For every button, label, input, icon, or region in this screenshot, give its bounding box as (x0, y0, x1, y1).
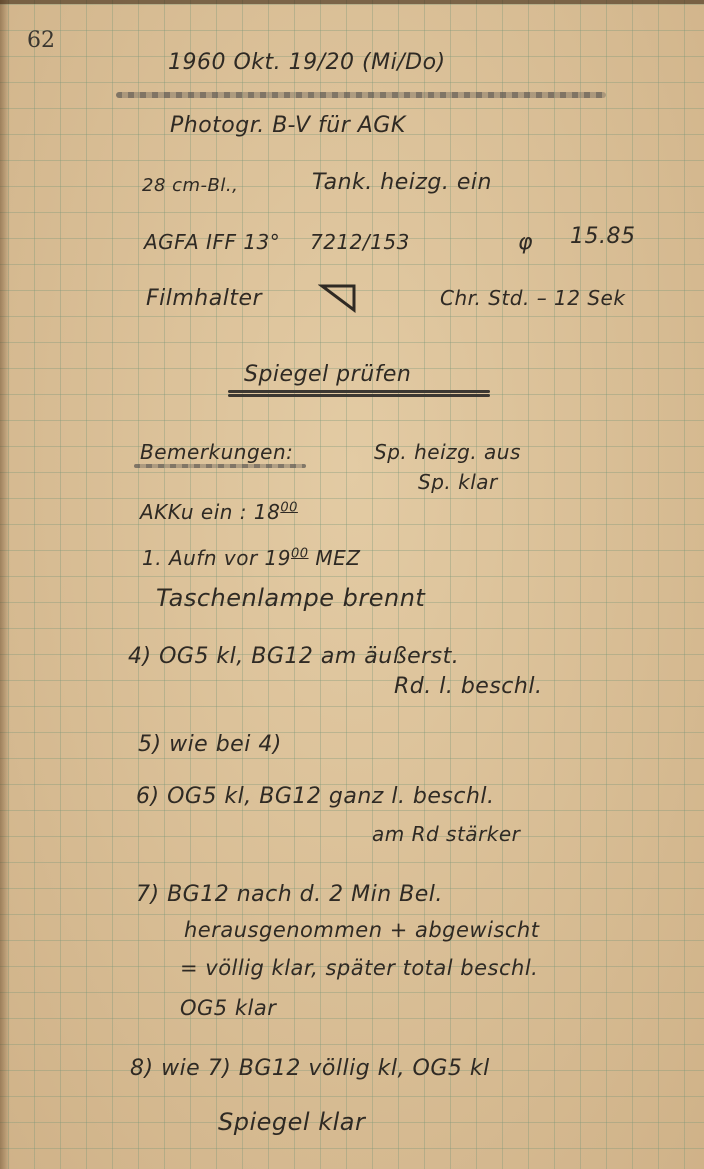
chronometer-note: Chr. Std. – 12 Sek (440, 286, 625, 310)
header-wavy-underline (116, 92, 606, 98)
page-number: 62 (27, 28, 55, 53)
filmholder-label: Filmhalter (146, 286, 262, 311)
entry-4-line2: Rd. l. beschl. (394, 674, 542, 699)
entry-6-line1: 6) OG5 kl, BG12 ganz l. beschl. (136, 784, 495, 809)
remark-mirror-clear: Sp. klar (418, 470, 498, 494)
notebook-page: 62 1960 Okt. 19/20 (Mi/Do) Photogr. B-V … (0, 0, 704, 1169)
tracking-note: Taschenlampe brennt (156, 584, 425, 612)
first-exposure: 1. Aufn vor 1900 MEZ (142, 546, 360, 570)
entry-4-line1: 4) OG5 kl, BG12 am äußerst. (128, 644, 459, 669)
entry-7-line3: = völlig klar, später total beschl. (180, 956, 538, 980)
entry-7-line1: 7) BG12 nach d. 2 Min Bel. (136, 882, 443, 907)
section-title: Spiegel prüfen (244, 362, 411, 387)
akku-on: AKKu ein : 1800 (140, 500, 298, 524)
phi-symbol: φ (518, 230, 533, 255)
entry-7-line2: herausgenommen + abgewischt (184, 918, 539, 942)
phi-value: 15.85 (570, 224, 635, 249)
subtitle: Photogr. B-V für AGK (170, 113, 406, 138)
section-title-double-underline (228, 390, 490, 393)
plate-number: 7212/153 (310, 230, 410, 254)
date-header: 1960 Okt. 19/20 (Mi/Do) (168, 50, 446, 75)
setup-line1-right: Tank. heizg. ein (312, 170, 492, 195)
film-type: AGFA IFF 13° (144, 230, 280, 254)
entry-5-line1: 5) wie bei 4) (138, 732, 282, 757)
setup-line1-left: 28 cm-Bl., (142, 175, 238, 196)
triangle-symbol (318, 282, 358, 314)
entry-7-line4: OG5 klar (180, 996, 276, 1020)
closing-note: Spiegel klar (218, 1108, 365, 1136)
remarks-label: Bemerkungen: (140, 440, 293, 464)
remarks-wavy-underline (134, 464, 306, 468)
entry-8-line1: 8) wie 7) BG12 völlig kl, OG5 kl (130, 1056, 490, 1081)
entry-6-line2: am Rd stärker (372, 822, 520, 846)
remark-heating-off: Sp. heizg. aus (374, 440, 521, 464)
